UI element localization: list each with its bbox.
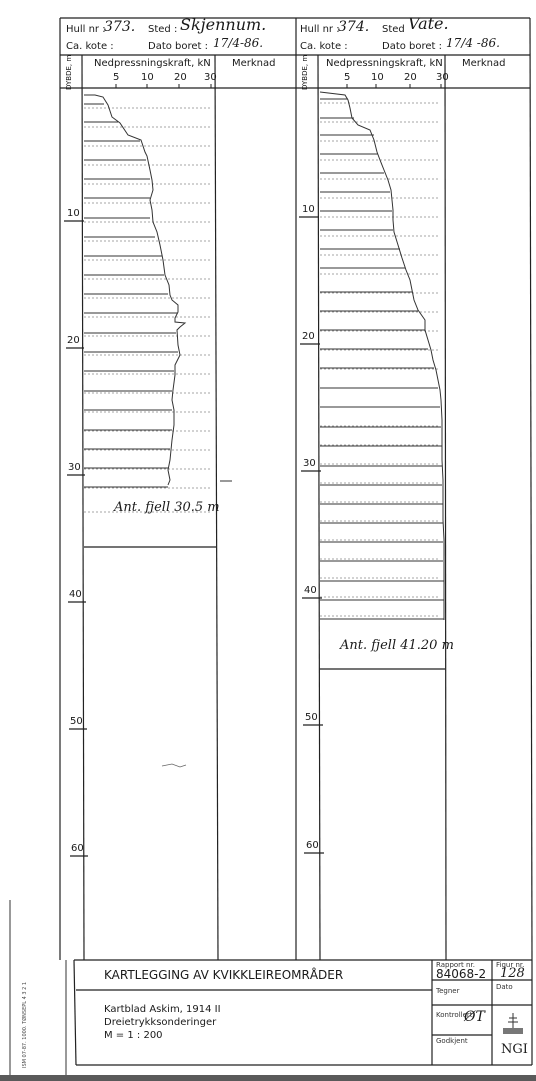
log1-depth-10: 10 — [67, 208, 80, 219]
log1-depth-30: 30 — [68, 462, 81, 473]
map-sheet: Kartblad Askim, 1914 II — [104, 1004, 221, 1015]
log1-depth-50: 50 — [70, 716, 83, 727]
log1-date: 17/4-86. — [213, 36, 263, 50]
log1-remark-label: Merknad — [232, 58, 276, 69]
date-label: Dato — [496, 983, 513, 991]
log2-date-label: Dato boret : — [382, 41, 442, 52]
log1-depth-60: 60 — [71, 843, 84, 854]
sounding-log-drawing — [0, 0, 536, 1081]
log1-place: Skjennum. — [180, 15, 266, 34]
log2-depth-10: 10 — [302, 204, 315, 215]
margin-print: ISM 07-87. 1000. TØNSEPL 4 3 2 1 — [22, 982, 28, 1068]
ngi-logo-text: NGI — [501, 1042, 528, 1057]
report-number: 84068-2 — [436, 967, 486, 981]
log2-depth-30: 30 — [303, 458, 316, 469]
log2-depth-axis-label: DYBDE, m — [301, 55, 309, 90]
log2-depth-20: 20 — [302, 331, 315, 342]
log1-hole-number: 373. — [104, 19, 135, 35]
log2-force-tick-30: 30 — [436, 72, 449, 83]
log1-force-tick-5: 5 — [113, 72, 119, 83]
log2-force-tick-20: 20 — [404, 72, 417, 83]
log1-hole-label: Hull nr : — [66, 24, 106, 35]
log1-force-tick-20: 20 — [174, 72, 187, 83]
ngi-logo-icon — [500, 1010, 526, 1036]
log2-force-axis-label: Nedpressningskraft, kN — [326, 58, 443, 69]
log1-force-tick-10: 10 — [141, 72, 154, 83]
drawn-by-label: Tegner — [436, 987, 459, 995]
log2-bedrock-annotation: Ant. fjell 41.20 m — [340, 638, 454, 653]
log2-place-label: Sted — [382, 24, 405, 35]
log2-elevation-label: Ca. kote : — [300, 41, 348, 52]
scale: M = 1 : 200 — [104, 1030, 163, 1041]
method: Dreietrykksonderinger — [104, 1017, 216, 1028]
log2-hole-number: 374. — [338, 19, 369, 35]
log2-hole-label: Hull nr : — [300, 24, 340, 35]
log1-date-label: Dato boret : — [148, 41, 208, 52]
log1-place-label: Sted : — [148, 24, 177, 35]
log2-place: Vate. — [408, 14, 449, 33]
log1-depth-40: 40 — [69, 589, 82, 600]
log2-depth-50: 50 — [305, 712, 318, 723]
log1-depth-axis-label: DYBDE, m — [65, 55, 73, 90]
log2-depth-40: 40 — [304, 585, 317, 596]
checked-by-initials: ØT — [464, 1009, 485, 1025]
log1-depth-20: 20 — [67, 335, 80, 346]
scan-bottom-edge — [0, 1075, 536, 1081]
log2-force-tick-5: 5 — [344, 72, 350, 83]
log1-force-axis-label: Nedpressningskraft, kN — [94, 58, 211, 69]
log1-elevation-label: Ca. kote : — [66, 41, 114, 52]
log2-force-tick-10: 10 — [371, 72, 384, 83]
log2-depth-60: 60 — [306, 840, 319, 851]
figure-number: 128 — [500, 966, 525, 981]
log2-date: 17/4 -86. — [446, 36, 500, 50]
log1-force-tick-30: 30 — [204, 72, 217, 83]
approved-by-label: Godkjent — [436, 1037, 468, 1045]
log2-remark-label: Merknad — [462, 58, 506, 69]
log1-bedrock-annotation: Ant. fjell 30.5 m — [114, 500, 220, 515]
project-title: KARTLEGGING AV KVIKKLEIREOMRÅDER — [104, 968, 343, 982]
